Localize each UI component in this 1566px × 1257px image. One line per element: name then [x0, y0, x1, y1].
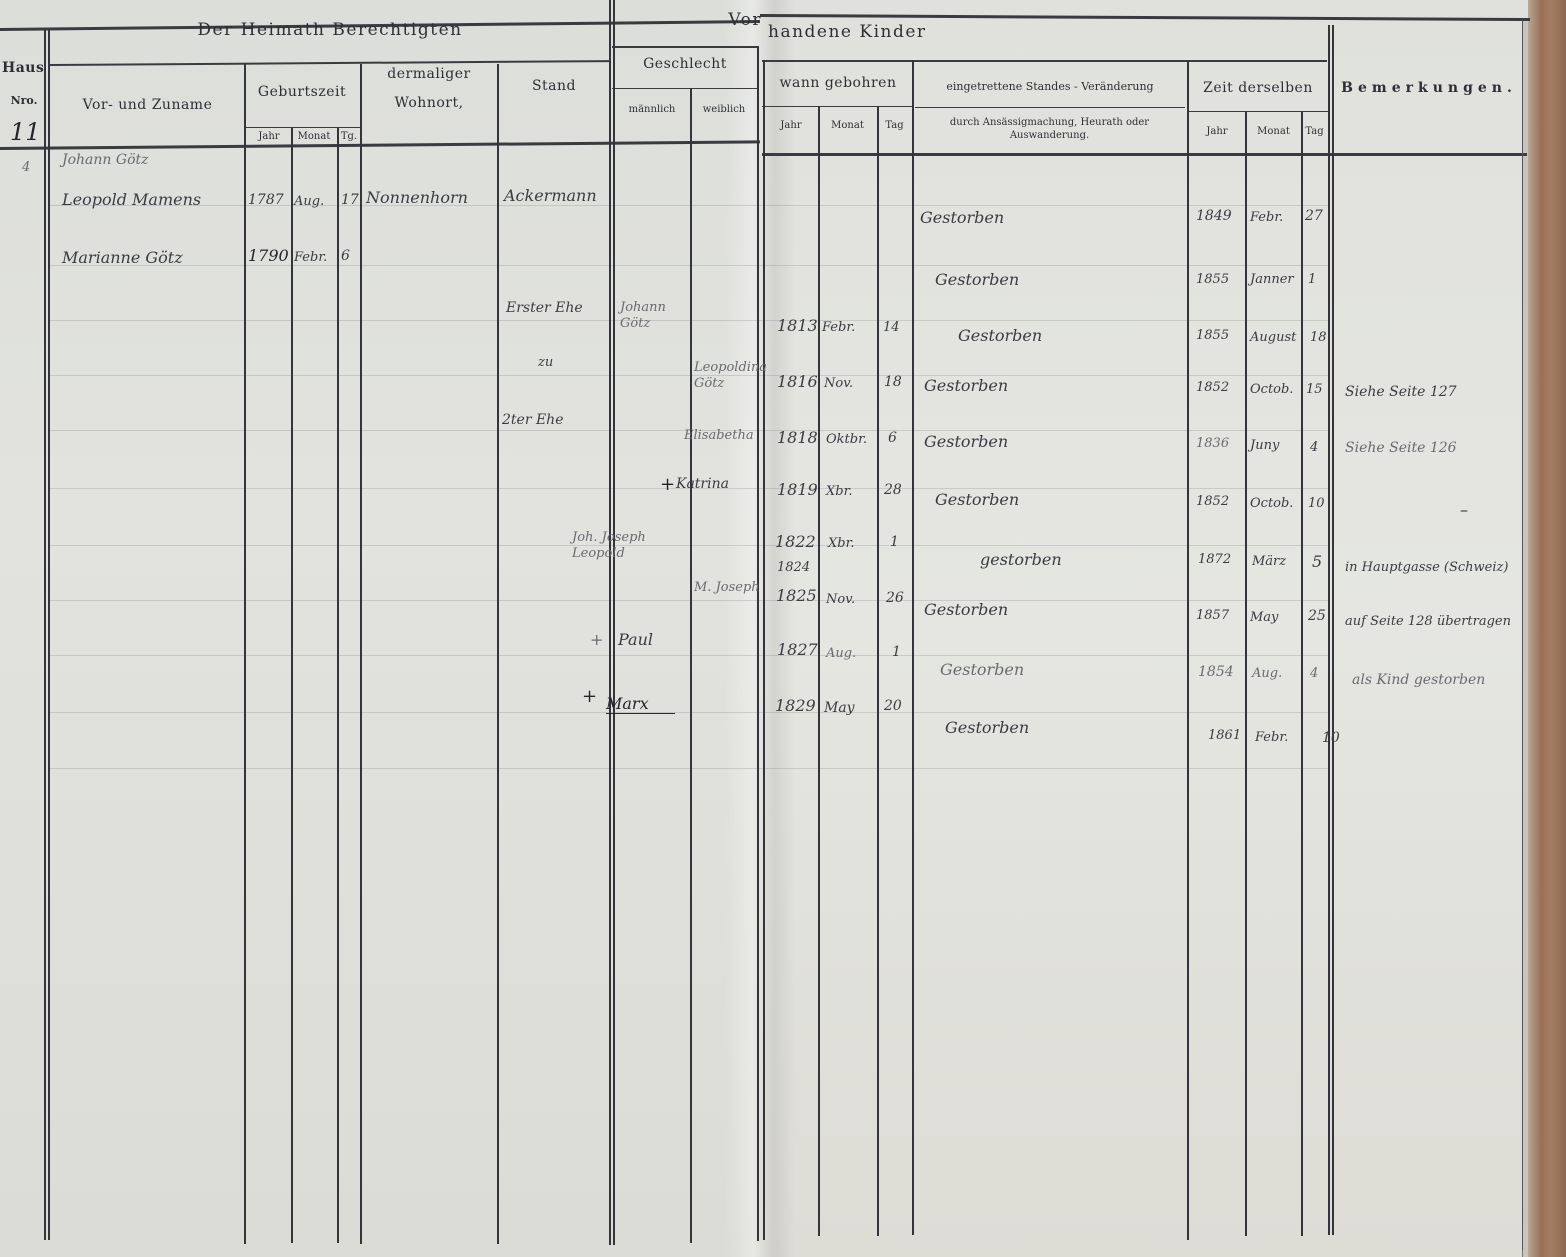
col-header-born-year: Jahr [765, 120, 817, 131]
change-year: 1836 [1196, 436, 1229, 451]
child-status-change: Gestorben [945, 718, 1029, 737]
book-binding [1528, 0, 1566, 1257]
child-male: Johann Götz [620, 300, 688, 332]
deceased-marker: + [582, 686, 597, 707]
house-header: Haus [2, 60, 44, 76]
col-header-status: Stand [499, 78, 609, 94]
col-header-status-change-sub: durch Ansässigmachung, Heurath oder Ausw… [922, 116, 1177, 142]
child-status-change: gestorben [980, 550, 1062, 569]
change-month: März [1252, 554, 1286, 569]
col-header-female: weiblich [692, 104, 756, 115]
col-header-birth-year: Jahr [247, 131, 291, 142]
change-day: 5 [1312, 552, 1322, 571]
child-male: Paul [618, 630, 653, 649]
child-birth-day: 1 [892, 644, 901, 660]
child-birth-month: May [824, 700, 855, 716]
child-status-change: Gestorben [924, 600, 1008, 619]
parent-status: Ackermann [504, 186, 597, 205]
parent-birth-month: Febr. [294, 250, 327, 265]
col-header-sex: Geschlecht [615, 56, 755, 72]
parent-name: Marianne Götz [62, 248, 183, 267]
change-year: 1855 [1196, 272, 1229, 287]
child-birth-day: 28 [884, 482, 902, 498]
child-birth-month: Febr. [822, 320, 855, 335]
parent-birth-year: 1790 [248, 246, 289, 265]
child-female: Elisabetha [684, 428, 754, 443]
change-year: 1861 [1208, 728, 1241, 743]
col-header-male: männlich [615, 104, 689, 115]
change-year: 1872 [1198, 552, 1231, 567]
col-header-date-month: Monat [1247, 126, 1300, 137]
child-female: M. Joseph [694, 580, 760, 595]
book-gutter [725, 0, 795, 1257]
child-status-change: Gestorben [940, 660, 1024, 679]
house-number-header: Nro. [4, 94, 44, 107]
child-birth-day: 14 [883, 320, 900, 335]
parent-birth-year: 1787 [248, 192, 284, 208]
group-title-continuation: Vor [712, 10, 762, 30]
child-birth-year: 1818 [777, 428, 818, 447]
change-year: 1855 [1196, 328, 1229, 343]
change-day: 15 [1306, 382, 1323, 397]
child-status-change: Gestorben [924, 432, 1008, 451]
change-day: 4 [1310, 440, 1318, 455]
change-year: 1849 [1196, 208, 1232, 224]
col-header-born-month: Monat [819, 120, 876, 131]
child-status-change: Gestorben [935, 490, 1019, 509]
deceased-marker: + [590, 630, 603, 649]
parent-birth-day: 6 [341, 248, 350, 264]
col-header-date-year: Jahr [1190, 126, 1244, 137]
col-header-residence-2: Wohnort, [362, 95, 496, 111]
change-month: Janner [1250, 272, 1294, 287]
change-day: 27 [1305, 208, 1323, 224]
change-month: Octob. [1250, 496, 1293, 511]
child-birth-day: 18 [884, 374, 902, 390]
col-header-born: wann gebohren [765, 75, 911, 91]
change-day: 18 [1310, 330, 1327, 345]
col-header-birth: Geburtszeit [246, 84, 358, 100]
change-year: 1852 [1196, 494, 1229, 509]
child-birth-year: 1825 [776, 586, 817, 605]
change-day: 4 [1310, 666, 1318, 681]
parent-name: Leopold Mamens [62, 190, 201, 209]
child-birth-year: 1829 [775, 696, 816, 715]
change-month: August [1250, 330, 1296, 345]
col-header-born-day: Tag [878, 120, 911, 131]
col-header-residence-1: dermaliger [362, 66, 496, 82]
col-header-date-day: Tag [1302, 126, 1327, 137]
change-day: 10 [1322, 730, 1340, 746]
remark: in Hauptgasse (Schweiz) [1345, 560, 1508, 575]
change-year: 1857 [1196, 608, 1229, 623]
child-male: Katrina [676, 476, 729, 492]
child-birth-month: Xbr. [828, 536, 855, 551]
col-header-status-change: eingetrettene Standes - Veränderung [914, 80, 1186, 93]
child-birth-day: 6 [888, 430, 897, 446]
child-status-change: Gestorben [924, 376, 1008, 395]
change-day: 10 [1308, 496, 1325, 511]
child-birth-year: 1822 [775, 532, 816, 551]
remark: Siehe Seite 126 [1345, 440, 1457, 456]
change-month: May [1250, 610, 1278, 625]
parent-residence: Nonnenhorn [366, 188, 468, 207]
change-day: 1 [1308, 272, 1316, 287]
remark: – [1460, 500, 1468, 519]
child-birth-year-alt: 1824 [777, 560, 810, 575]
change-month: Febr. [1250, 210, 1283, 225]
child-birth-day: 1 [890, 534, 899, 550]
child-birth-year: 1816 [777, 372, 818, 391]
col-header-remarks: Bemerkungen. [1336, 80, 1522, 96]
child-female: Leopoldina Götz [694, 360, 756, 392]
remark: als Kind gestorben [1352, 672, 1485, 688]
deceased-marker: + [660, 474, 675, 495]
child-status-change: Gestorben [958, 326, 1042, 345]
col-header-birth-month: Monat [292, 131, 336, 142]
marriage-note: Erster Ehe [506, 300, 583, 316]
marriage-note: zu [538, 355, 553, 370]
col-header-birth-day: Tg. [337, 131, 361, 142]
child-male: Marx [606, 694, 675, 714]
child-status-change: Gestorben [920, 208, 1004, 227]
col-header-date: Zeit derselben [1189, 80, 1327, 96]
change-day: 25 [1308, 608, 1326, 624]
remark: auf Seite 128 übertragen [1345, 614, 1511, 629]
left-group-title: Der Heimath Berechtigten [180, 20, 480, 40]
entry-number: 4 [22, 160, 30, 175]
remark: Siehe Seite 127 [1345, 384, 1457, 400]
child-male: Joh. Joseph Leopold [572, 530, 672, 562]
child-birth-month: Nov. [826, 592, 855, 607]
house-number: 11 [10, 118, 41, 146]
change-year: 1854 [1198, 664, 1234, 680]
child-birth-month: Aug. [826, 646, 856, 661]
right-group-title: handene Kinder [768, 22, 927, 42]
col-header-name: Vor- und Zuname [55, 97, 240, 113]
child-birth-year: 1813 [777, 316, 818, 335]
marriage-note: 2ter Ehe [502, 412, 563, 428]
change-month: Febr. [1255, 730, 1288, 745]
child-birth-month: Xbr. [826, 484, 853, 499]
child-status-change: Gestorben [935, 270, 1019, 289]
change-month: Aug. [1252, 666, 1282, 681]
parent-birth-month: Aug. [294, 194, 324, 209]
change-month: Octob. [1250, 382, 1293, 397]
child-birth-month: Oktbr. [826, 432, 867, 447]
change-year: 1852 [1196, 380, 1229, 395]
parent-birth-day: 17 [341, 192, 359, 208]
change-month: Juny [1250, 438, 1279, 453]
child-birth-year: 1819 [777, 480, 818, 499]
child-birth-year: 1827 [777, 640, 818, 659]
child-birth-day: 20 [884, 698, 902, 714]
child-birth-day: 26 [886, 590, 904, 606]
child-birth-month: Nov. [824, 376, 853, 391]
